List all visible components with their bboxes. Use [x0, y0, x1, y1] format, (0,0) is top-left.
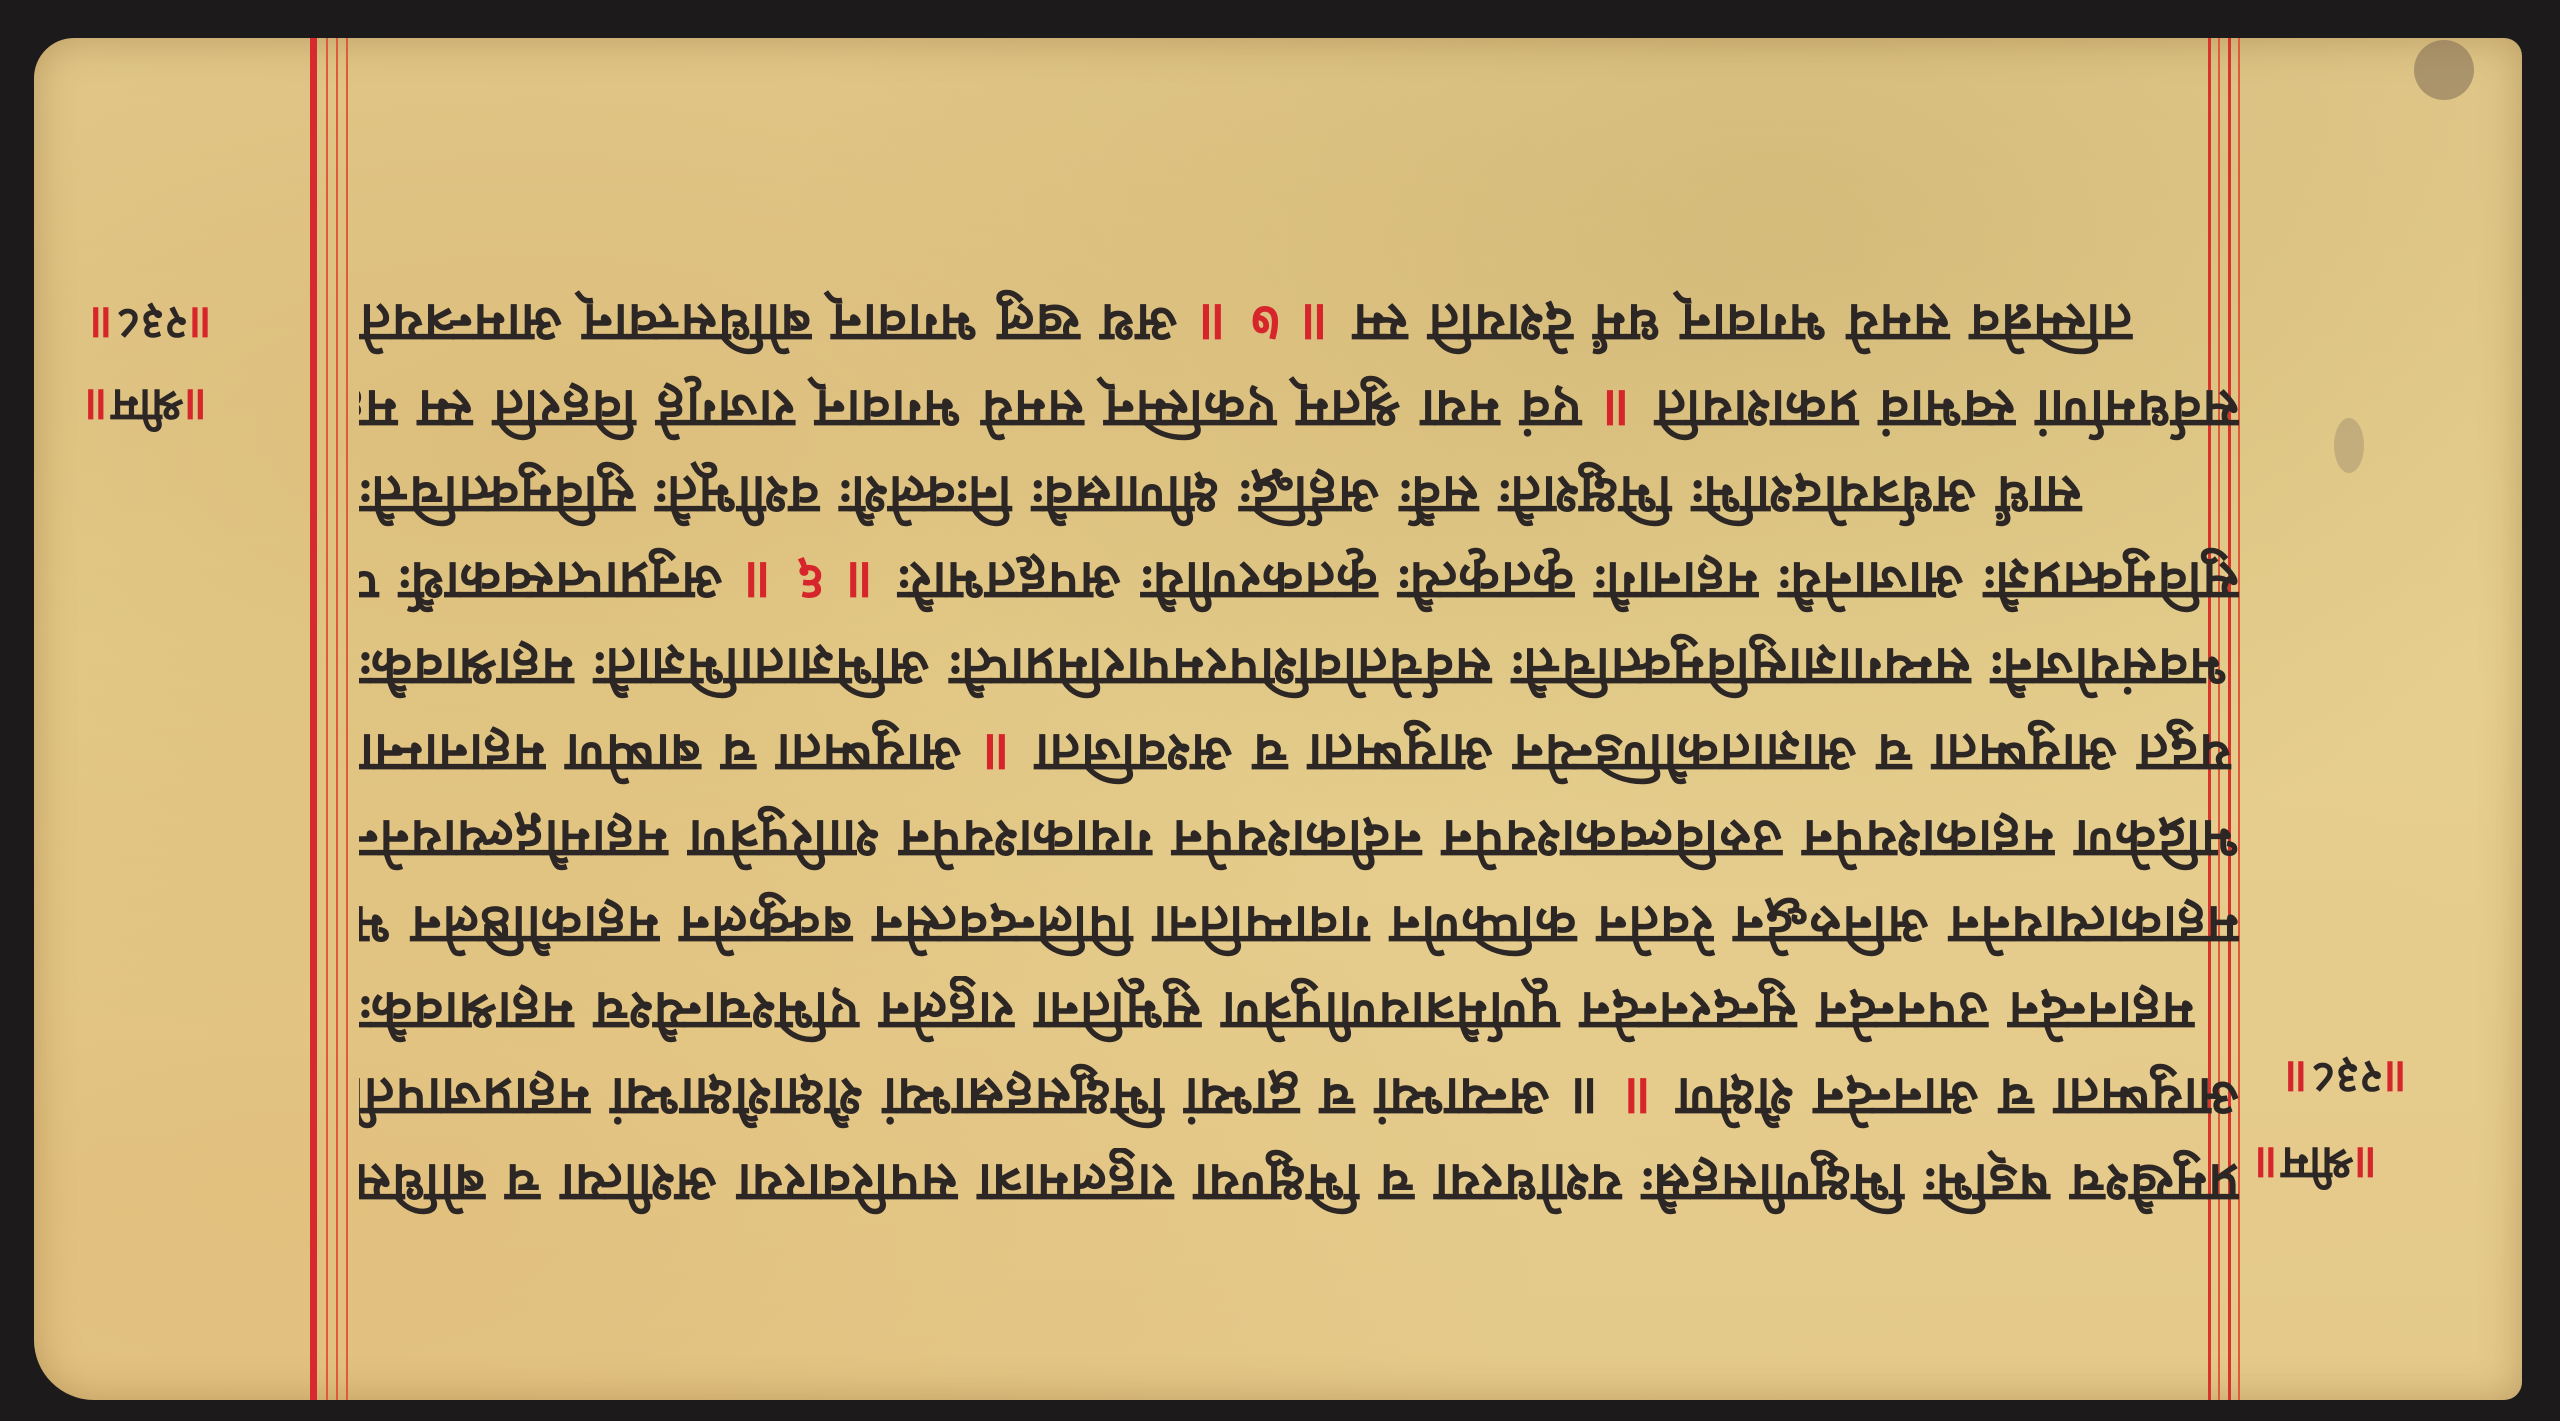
double-danda: ॥	[89, 297, 117, 351]
text-line-10: आयुष्मता च आनन्देन शैक्षेण ॥ ॥ अन्याभ्या…	[359, 1062, 2239, 1132]
paper-stain	[2414, 40, 2474, 100]
text-line-3: सार्धं अर्धत्रयोदशभिः भिक्षुशतैः सर्वैः …	[359, 460, 2239, 530]
paper-stain	[2334, 418, 2364, 473]
left-ruling-line	[326, 38, 328, 1400]
double-danda: ॥	[2254, 1137, 2282, 1191]
text-segment: महानन्देन उपनन्देन सुन्दरनन्देन पूर्णमैत…	[359, 980, 2194, 1043]
left-ruling-line	[336, 38, 338, 1400]
double-danda: ॥	[1601, 378, 1634, 441]
text-line-11: प्रमुखैश्च षड्भिः भिक्षुणीसहस्रैः यशोधरय…	[359, 1148, 2239, 1218]
double-danda: ॥	[188, 297, 216, 351]
text-segment: आयुष्मता च बाष्पेण महानाम्ना	[359, 722, 961, 785]
text-line-2: सर्वधर्माणां स्वभावं प्रकाशयति ॥ एवं मया…	[359, 374, 2239, 444]
left-ruling-line	[346, 38, 348, 1400]
text-segment: अनुप्राप्तस्वकार्थैः परिक्षीण	[359, 550, 723, 613]
text-segment: प्रमुखैश्च षड्भिः भिक्षुणीसहस्रैः यशोधरय…	[359, 1152, 2239, 1215]
right-margin-folio-number: ॥२३८॥	[2284, 1050, 2411, 1106]
folio-number: २३८	[2312, 1051, 2384, 1105]
verse-number-marker: ॥ ७ ॥	[1197, 292, 1332, 355]
text-segment: तस्मिन्नेव समये भगवान् धर्मं देशयति स्म	[1352, 292, 2132, 355]
text-line-4: सुविमुक्तप्रज्ञैः आजानेयैः महानागैः कृतक…	[359, 546, 2239, 616]
manuscript-folio: ॥२३८॥ ॥श्रीम॥ ॥२३८॥ ॥श्रीम॥ तस्मिन्नेव स…	[34, 38, 2522, 1400]
text-segment: महाकात्यायनेन अनिरुद्धेन रेवतेन कप्फिणेन…	[359, 894, 2239, 957]
text-segment: भवसंयोजनैः सम्यगाज्ञासुविमुक्तचित्तैः सर…	[359, 636, 2227, 699]
text-segment: आयुष्मता च आनन्देन शैक्षेण	[1676, 1066, 2239, 1129]
double-danda: ॥	[981, 722, 1014, 785]
left-margin-title: ॥श्रीम॥	[84, 378, 211, 434]
text-segment: सर्वधर्माणां स्वभावं प्रकाशयति	[1654, 378, 2239, 441]
double-danda: ॥	[2383, 1051, 2411, 1105]
text-segment: एवं मया श्रुतम् एकस्मिन् समये भगवान् राज…	[359, 378, 1581, 441]
double-danda: ॥	[84, 379, 112, 433]
text-line-1: तस्मिन्नेव समये भगवान् धर्मं देशयति स्म …	[359, 288, 2239, 358]
double-danda: ॥	[1623, 1066, 1656, 1129]
text-segment: भद्रिकेण महाकाश्यपेन उरुविल्वकाश्यपेन नद…	[359, 808, 2239, 871]
left-margin-folio-number: ॥२३८॥	[89, 296, 216, 352]
double-danda: ॥	[184, 379, 212, 433]
folio-title: श्रीम	[2282, 1137, 2354, 1191]
text-line-6: यदुत आयुष्मता च आज्ञातकौण्डिन्येन आयुष्म…	[359, 718, 2239, 788]
double-danda: ॥	[2354, 1137, 2382, 1191]
text-segment: अथ खलु भगवान् बोधिसत्त्वान् आमन्त्रयते	[359, 292, 1177, 355]
text-segment: सुविमुक्तप्रज्ञैः आजानेयैः महानागैः कृतक…	[898, 550, 2239, 613]
folio-title: श्रीम	[112, 379, 184, 433]
text-segment: ॥ अन्याभ्यां च द्वाभ्यां भिक्षुसहस्राभ्य…	[359, 1066, 1603, 1129]
text-segment: सार्धं अर्धत्रयोदशभिः भिक्षुशतैः सर्वैः …	[359, 464, 2082, 527]
text-line-7: भद्रिकेण महाकाश्यपेन उरुविल्वकाश्यपेन नद…	[359, 804, 2239, 874]
verse-number-marker: ॥ ६ ॥	[742, 550, 877, 613]
double-danda: ॥	[2284, 1051, 2312, 1105]
text-line-8: महाकात्यायनेन अनिरुद्धेन रेवतेन कप्फिणेन…	[359, 890, 2239, 960]
text-line-9: महानन्देन उपनन्देन सुन्दरनन्देन पूर्णमैत…	[359, 976, 2239, 1046]
left-ruling-line	[310, 38, 317, 1400]
text-line-5: भवसंयोजनैः सम्यगाज्ञासुविमुक्तचित्तैः सर…	[359, 632, 2239, 702]
right-margin-title: ॥श्रीम॥	[2254, 1136, 2381, 1192]
text-segment: यदुत आयुष्मता च आज्ञातकौण्डिन्येन आयुष्म…	[1034, 722, 2230, 785]
folio-number: २३८	[117, 297, 189, 351]
